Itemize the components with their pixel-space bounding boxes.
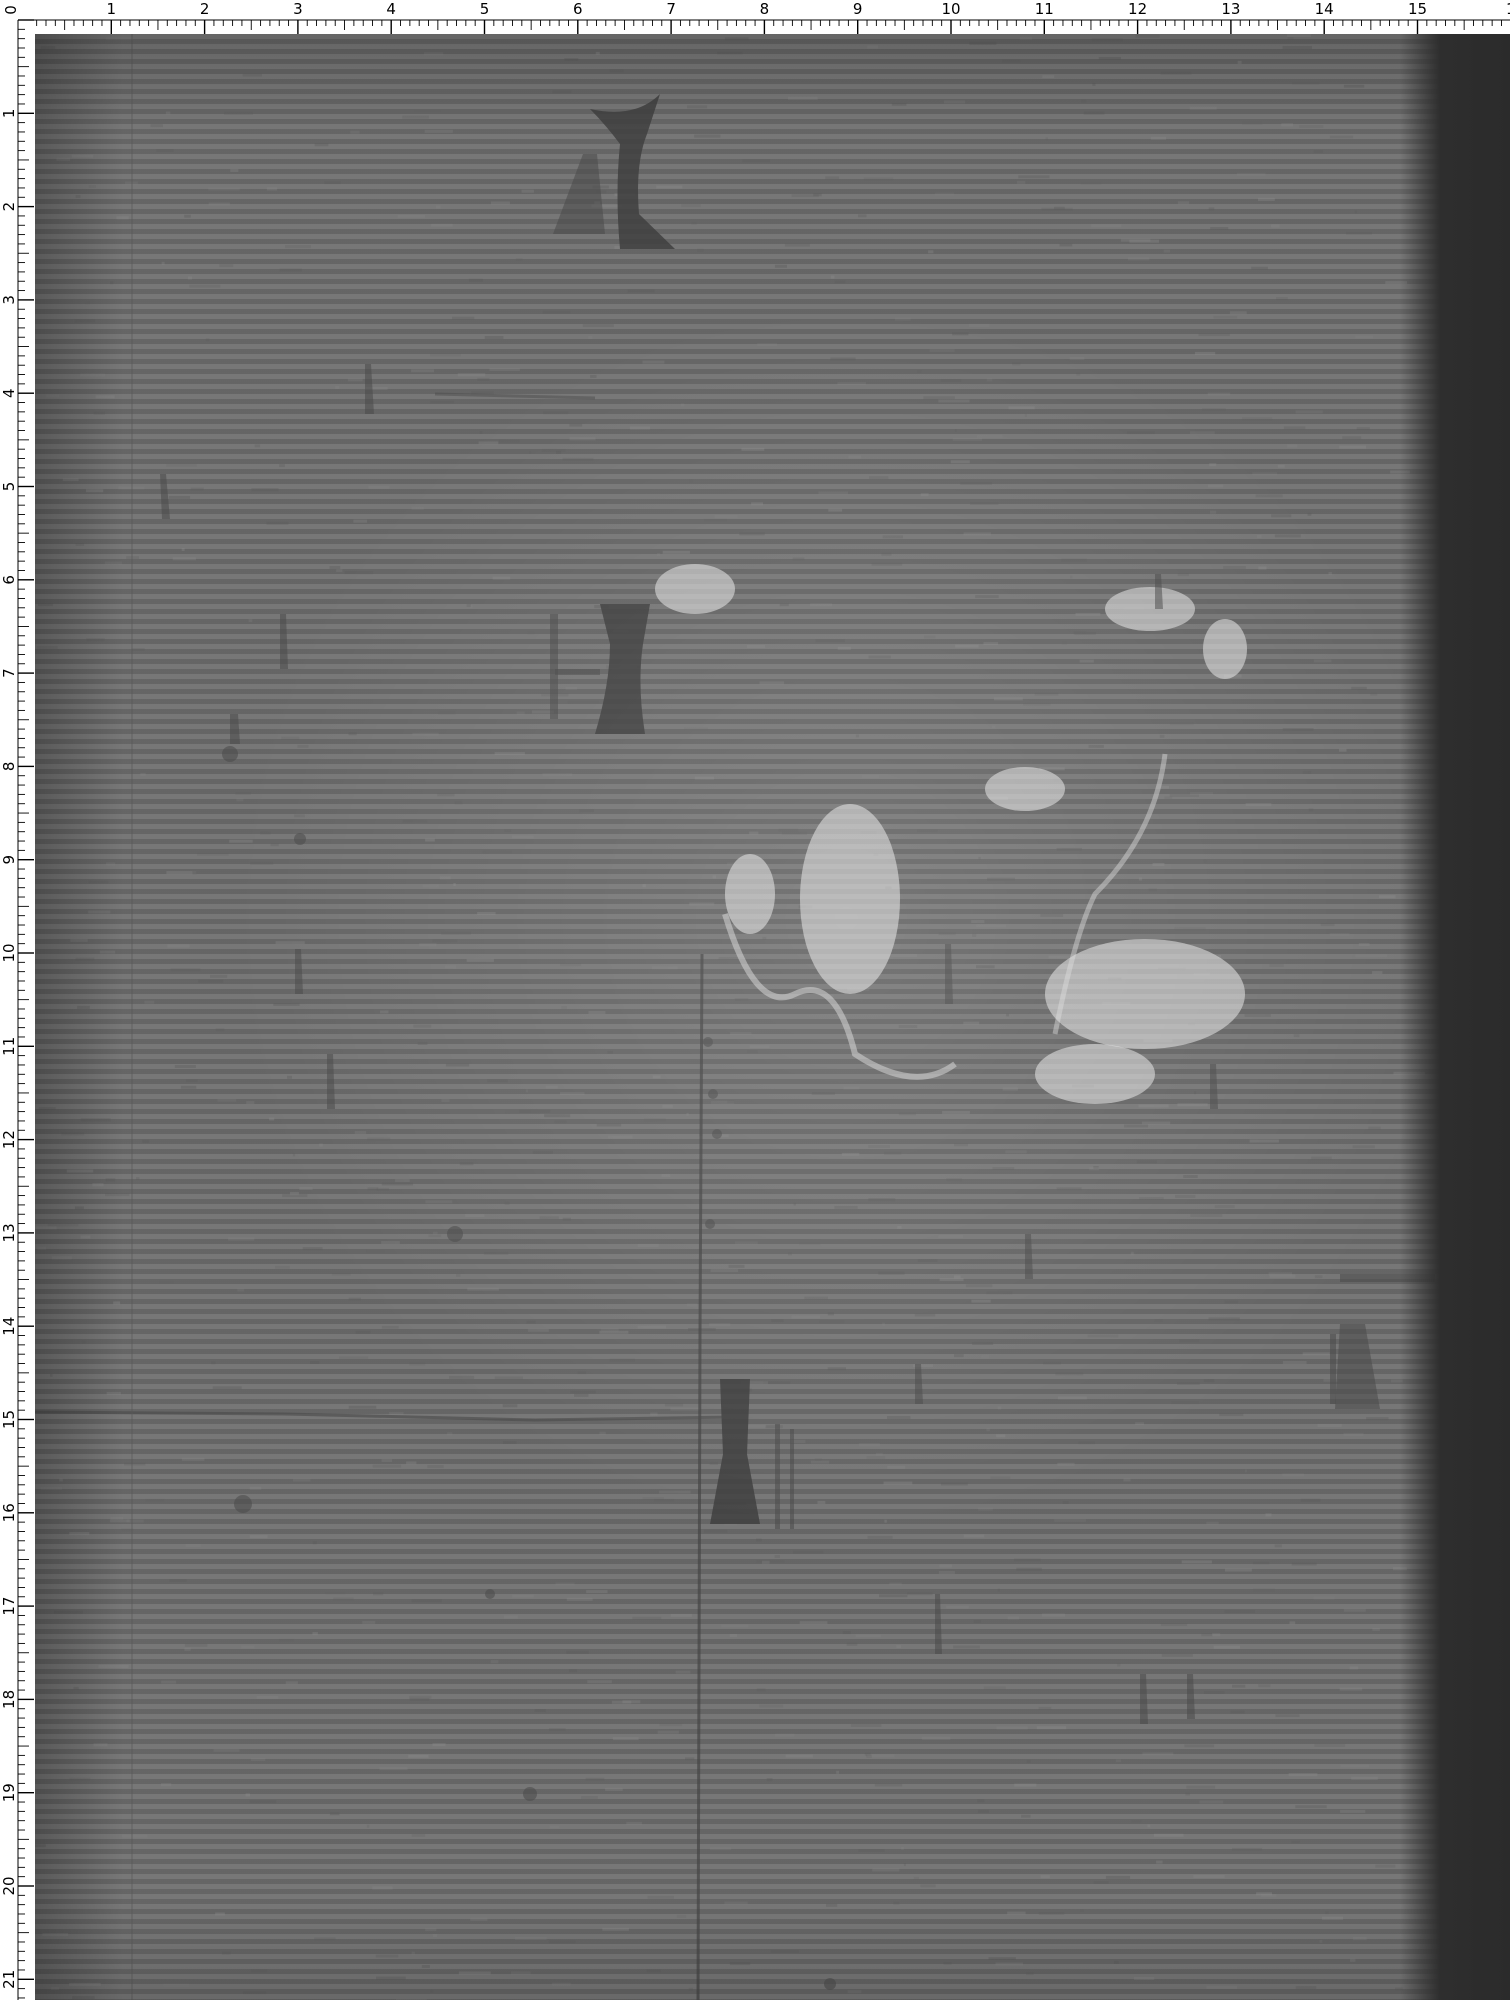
- top-ruler-label: 7: [666, 0, 676, 18]
- top-ruler-label: 11: [1035, 0, 1054, 18]
- top-ruler-label: 8: [760, 0, 770, 18]
- left-ruler-label: 20: [0, 1876, 18, 1895]
- left-ruler-label: 7: [0, 668, 18, 678]
- top-ruler-label: 1: [107, 0, 117, 18]
- top-ruler-label: 9: [853, 0, 863, 18]
- left-ruler-label: 12: [0, 1130, 18, 1149]
- scan-vignette: [35, 34, 1510, 2000]
- top-ruler-label: 6: [573, 0, 583, 18]
- left-ruler-label: 9: [0, 855, 18, 865]
- left-ruler: 0123456789101112131415161718192021: [0, 0, 34, 2000]
- left-ruler-label: 0: [2, 5, 20, 15]
- top-ruler-label: 4: [386, 0, 396, 18]
- left-ruler-label: 18: [0, 1690, 18, 1709]
- left-ruler-label: 1: [0, 109, 18, 119]
- left-ruler-label: 8: [0, 762, 18, 772]
- left-ruler-label: 21: [0, 1970, 18, 1989]
- top-ruler-label: 13: [1221, 0, 1240, 18]
- left-ruler-label: 10: [0, 943, 18, 962]
- left-ruler-label: 13: [0, 1223, 18, 1242]
- top-ruler-label: 5: [480, 0, 490, 18]
- dark-shadow-margin: [1400, 34, 1510, 2000]
- top-ruler-label: 10: [941, 0, 960, 18]
- left-ruler-label: 14: [0, 1317, 18, 1336]
- left-ruler-label: 17: [0, 1597, 18, 1616]
- top-ruler-label: 1: [1506, 0, 1510, 18]
- top-ruler: 01234567891011121314151: [0, 0, 1510, 34]
- left-ruler-label: 16: [0, 1503, 18, 1522]
- left-ruler-label: 11: [0, 1037, 18, 1056]
- top-ruler-label: 15: [1408, 0, 1427, 18]
- left-ruler-label: 6: [0, 575, 18, 585]
- left-ruler-label: 2: [0, 202, 18, 212]
- left-ruler-label: 5: [0, 482, 18, 492]
- left-ruler-label: 4: [0, 388, 18, 398]
- top-ruler-label: 12: [1128, 0, 1147, 18]
- top-ruler-label: 3: [293, 0, 303, 18]
- left-ruler-label: 15: [0, 1410, 18, 1429]
- top-ruler-label: 2: [200, 0, 210, 18]
- left-ruler-label: 3: [0, 295, 18, 305]
- left-ruler-label: 19: [0, 1783, 18, 1802]
- top-ruler-label: 14: [1315, 0, 1334, 18]
- manuscript-scan: [35, 34, 1510, 2000]
